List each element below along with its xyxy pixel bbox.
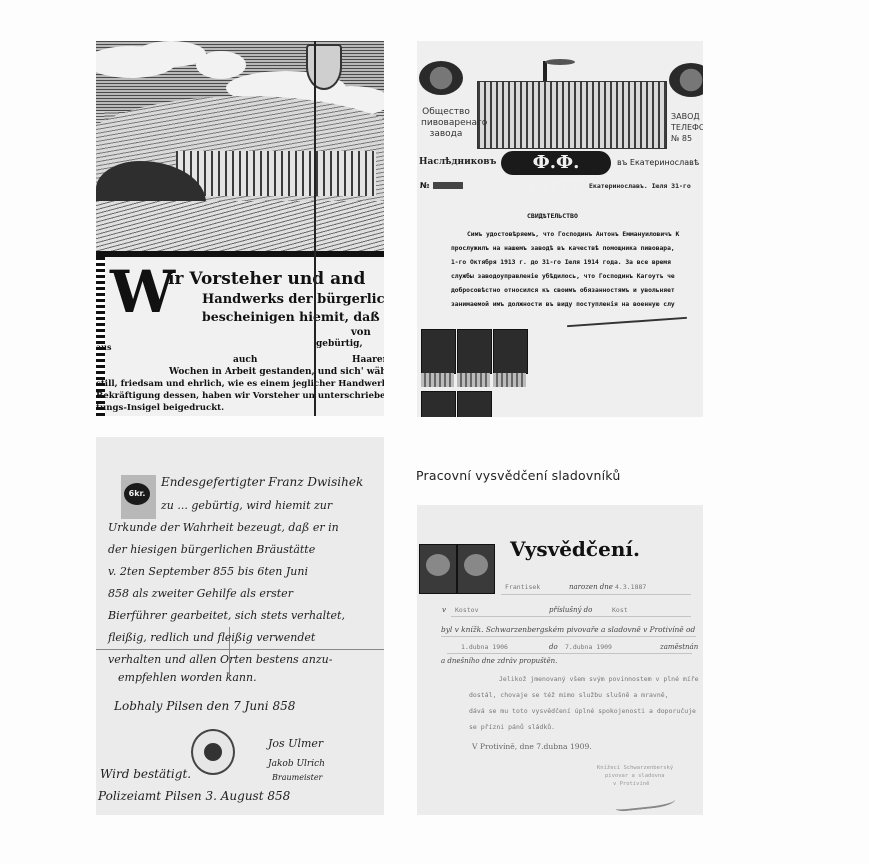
footer-note: Polizeiamt Pilsen 3. August 858 xyxy=(98,789,290,803)
certificate-title: СВИДѢТЕЛЬСТВО xyxy=(527,212,578,220)
handwritten-line: der hiesigen bürgerlichen Bräustätte xyxy=(108,543,315,556)
stamp-emblem xyxy=(464,554,488,576)
handwritten-line: Bierführer gearbeitet, sich stets verhal… xyxy=(108,609,345,622)
cert-line: gebürtig, xyxy=(316,339,363,349)
form-text: byl v knížk. Schwarzenbergském pivovaře … xyxy=(441,625,695,634)
handwritten-line: Endesgefertigter Franz Dwisihek xyxy=(161,475,363,489)
header-right-line: ЗАВОД xyxy=(671,111,703,122)
form-label: do xyxy=(549,643,558,651)
handwritten-line: 858 als zweiter Gehilfe als erster xyxy=(108,587,293,600)
handwritten-certificate-image: 6kr. Endesgefertigter Franz Dwisihek zu … xyxy=(96,437,384,815)
signature-title: Braumeister xyxy=(272,773,322,782)
vysvedceni-certificate-image: Vysvědčení. Frantisek narozen dne 4.3.18… xyxy=(417,505,703,815)
birth-date: 4.3.1887 xyxy=(615,583,646,591)
signature: Jos Ulmer xyxy=(268,737,323,750)
handwritten-line: Urkunde der Wahrheit bezeugt, daß er in xyxy=(108,521,339,534)
stamp-strip xyxy=(493,373,526,387)
brand-left: Наслѣдниковъ xyxy=(419,157,496,167)
start-date: 1.dubna 1906 xyxy=(461,643,508,651)
place-date: Екатеринославъ. Іюля 31-го xyxy=(589,182,691,190)
header-left-line: завода xyxy=(421,129,471,140)
number-label: № xyxy=(420,181,430,190)
header-right-line: ТЕЛЕФОН xyxy=(671,122,703,133)
signature xyxy=(567,317,687,327)
revenue-stamp xyxy=(419,544,457,594)
coat-of-arms-icon xyxy=(306,44,342,90)
revenue-stamp xyxy=(421,391,456,417)
cert-line: Handwerks der bürgerlichen xyxy=(202,292,384,307)
issuer-line: pivovar a sladovna xyxy=(605,773,665,779)
cloud xyxy=(196,51,246,79)
cert-line: Haarer xyxy=(352,355,384,365)
company-name-right: ЗАВОД ТЕЛЕФОН № 85 xyxy=(671,111,703,144)
cert-line: ir Vorsteher und and xyxy=(168,269,365,289)
header-left-line: Общество xyxy=(421,107,471,118)
stamp-strip xyxy=(421,373,454,387)
typed-domicile: Kost xyxy=(612,606,628,614)
decorated-initial: W xyxy=(110,263,164,321)
brand-logo: Ф.Ф. БОТЕ xyxy=(501,151,611,175)
revenue-stamp xyxy=(457,391,492,417)
figure-caption: Pracovní vysvědčení sladovníků xyxy=(416,468,620,483)
form-text: a dnešního dne zdráv propuštěn. xyxy=(441,657,557,665)
handwritten-line: v. 2ten September 855 bis 6ten Juni xyxy=(108,565,308,578)
form-underline xyxy=(441,636,696,637)
signature xyxy=(614,790,675,812)
form-label: příslušný do xyxy=(549,606,592,614)
typed-name: Frantisek xyxy=(505,583,540,591)
form-label: narozen dne xyxy=(569,583,613,591)
handwritten-line: fleißig, redlich und fleißig verwendet xyxy=(108,631,315,644)
handwritten-date: Lobhaly Pilsen den 7 Juni 858 xyxy=(114,699,295,713)
town-buildings xyxy=(176,151,376,196)
body-line: занимаемой имъ должности въ виду поступл… xyxy=(451,301,675,308)
body-line: dává se mu toto vysvědčení úplné spokoje… xyxy=(469,707,696,715)
form-underline xyxy=(447,653,692,654)
body-line: se přízni pánů sládků. xyxy=(469,723,555,731)
company-name-left: Общество пивоваренаго завода xyxy=(421,107,471,140)
factory-smoke xyxy=(545,59,575,65)
stamp-emblem xyxy=(426,554,450,576)
cert-line: auch xyxy=(233,355,257,365)
header-right-line: № 85 xyxy=(671,133,703,144)
end-date: 7.dubna 1909 xyxy=(565,643,612,651)
body-line: Jelikož jmenovaný všem svým povinnostem … xyxy=(499,675,699,683)
form-prefix: v xyxy=(442,606,446,614)
cert-line: tungs-Insigel beigedruckt. xyxy=(96,403,224,413)
issuer-line: Knížecí Schwarzenberský xyxy=(597,765,673,771)
guild-certificate-image: W ir Vorsteher und and Handwerks der bür… xyxy=(96,41,384,416)
cert-line: still, friedsam und ehrlich, wie es eine… xyxy=(96,379,384,389)
stamp-value: 6kr. xyxy=(124,483,150,505)
header-left-line: пивоваренаго xyxy=(421,118,471,129)
signature: Jakob Ulrich xyxy=(268,759,325,769)
cert-line: aus xyxy=(96,342,112,352)
revenue-stamp xyxy=(493,329,528,374)
body-line: Симъ удостовѣряемъ, что Господинъ Антонъ… xyxy=(467,231,679,238)
body-line: dostál, chovaje se též mimo službu slušn… xyxy=(469,691,669,699)
certificate-title: Vysvědčení. xyxy=(510,537,640,561)
body-line: 1-го Октября 1913 г. до 31-го Іюля 1914 … xyxy=(451,259,671,266)
place-date: V Protivíně, dne 7.dubna 1909. xyxy=(472,742,592,751)
revenue-stamp xyxy=(457,544,495,594)
footer-note: Wird bestätigt. xyxy=(100,767,191,781)
revenue-stamp xyxy=(421,329,456,374)
body-line: прослужилъ на нашемъ заводѣ въ качествѣ … xyxy=(451,245,675,252)
cert-line: bescheinigen hiemit, daß geg xyxy=(202,309,384,324)
cert-line: Wochen in Arbeit gestanden, und sich' wä… xyxy=(169,367,384,377)
revenue-stamp xyxy=(457,329,492,374)
stamp-strip xyxy=(457,373,490,387)
issuer-line: v Protivíně xyxy=(613,781,649,787)
official-seal-icon xyxy=(191,729,235,775)
form-label: zaměstnán xyxy=(660,643,698,651)
medal-icon xyxy=(419,61,463,95)
fold-line xyxy=(314,41,316,416)
handwritten-line: zu ... gebürtig, wird hiemit zur xyxy=(161,499,332,512)
russian-brewery-certificate-image: Общество пивоваренаго завода ЗАВОД ТЕЛЕФ… xyxy=(417,41,703,417)
handwritten-line: empfehlen worden kann. xyxy=(118,671,257,684)
handwritten-line: verhalten und allen Orten bestens anzu- xyxy=(108,653,332,666)
body-line: добросовѣстно относился къ своимъ обязан… xyxy=(451,287,675,294)
form-underline xyxy=(451,616,691,617)
cert-line: von xyxy=(351,327,371,338)
body-line: службы заводоуправленіе убѣдилось, что Г… xyxy=(451,273,675,280)
fold-crease xyxy=(96,649,384,650)
brand-right: въ Екатеринославѣ xyxy=(617,158,699,167)
fields xyxy=(96,201,384,257)
form-underline xyxy=(501,594,691,595)
cert-line: Bekräftigung dessen, haben wir Vorsteher… xyxy=(96,391,384,401)
revenue-stamp: 6kr. xyxy=(121,475,156,519)
medal-icon xyxy=(669,63,703,97)
number-value xyxy=(433,182,463,189)
factory-illustration xyxy=(477,81,667,149)
typed-place: Kostov xyxy=(455,606,478,614)
